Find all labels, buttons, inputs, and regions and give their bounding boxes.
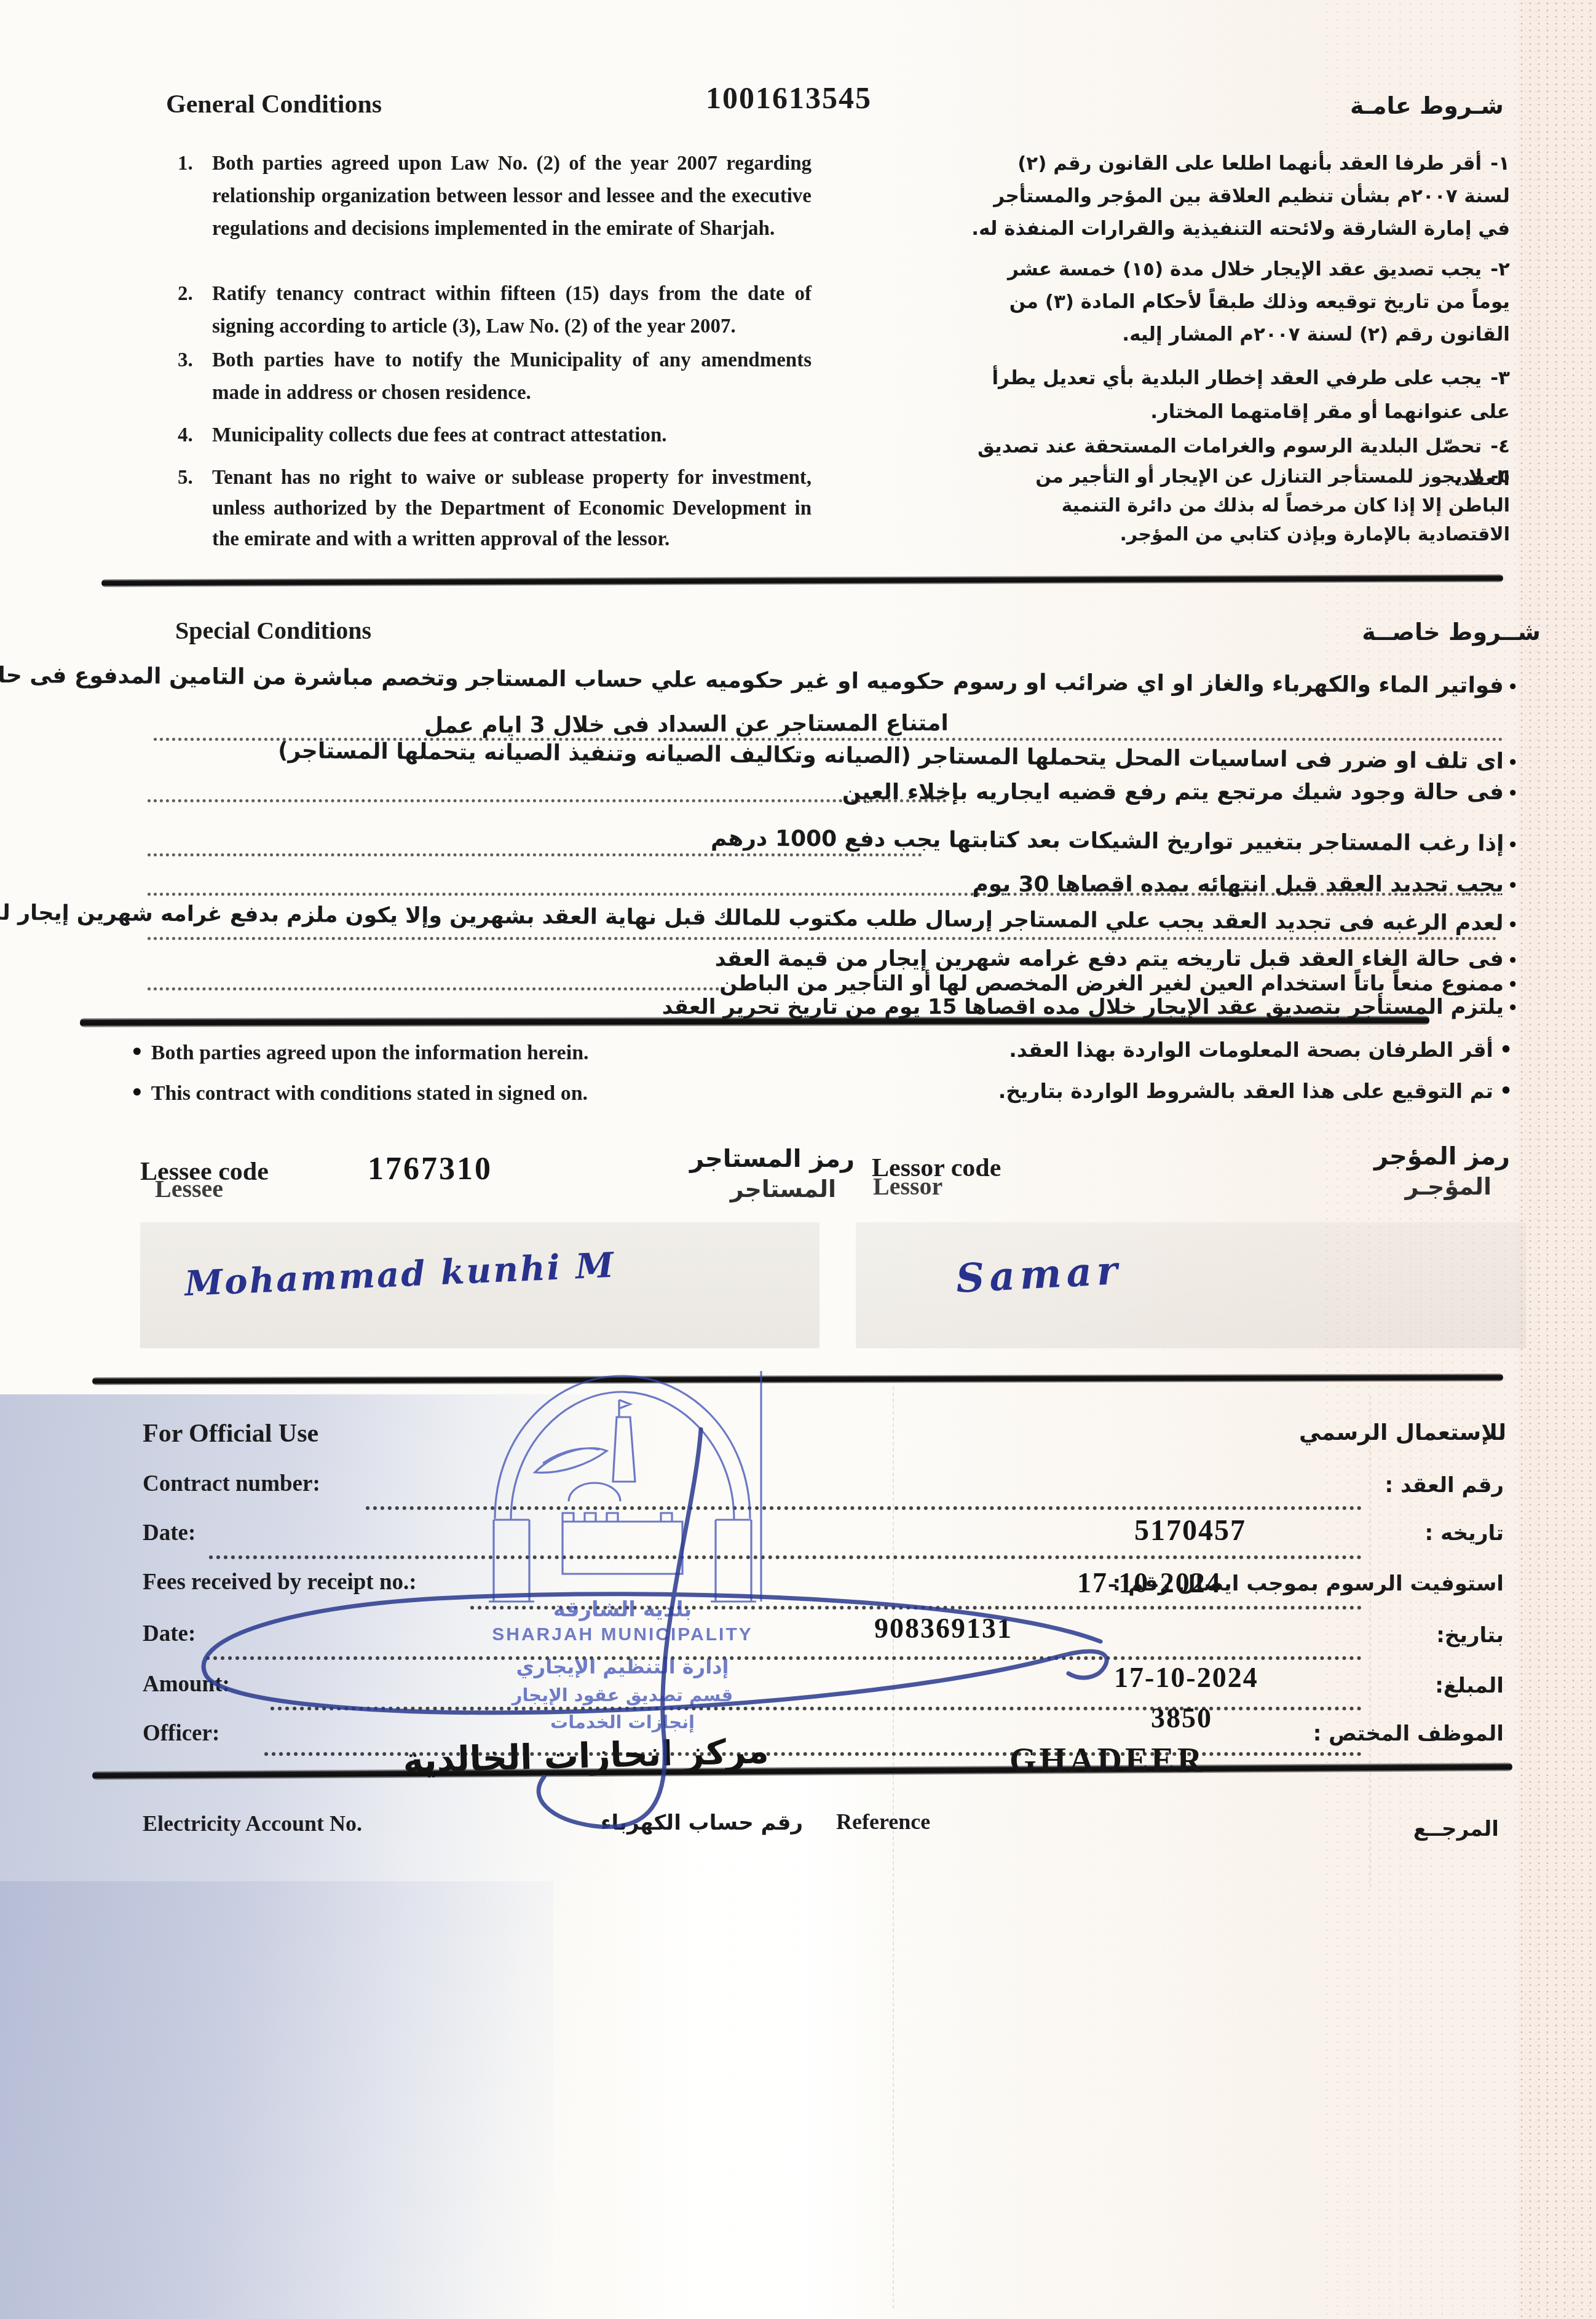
contract-number-label-ar: رقم العقد : [1385, 1473, 1504, 1498]
bullet-marker: • [1507, 973, 1519, 996]
item-text: Municipality collects due fees at contra… [212, 424, 667, 446]
item-number: 5. [178, 462, 193, 493]
agreement-text: Both parties agreed upon the information… [151, 1041, 589, 1064]
dotted-leader [148, 987, 725, 990]
agreement-ar-2: •تم التوقيع على هذا العقد بالشروط الوارد… [998, 1079, 1512, 1103]
item-number: 2. [178, 278, 193, 310]
dotted-leader [148, 853, 922, 856]
general-item-en-4: 4.Municipality collects due fees at cont… [212, 419, 812, 452]
oval-tail [539, 1429, 701, 1827]
agreement-en-1: •Both parties agreed upon the informatio… [130, 1040, 589, 1065]
bullet-marker: • [1507, 751, 1519, 774]
item-number: ٥- [1491, 466, 1510, 488]
lessor-signature: Samar [955, 1247, 1123, 1302]
lessee-label-overprint: Lessee [155, 1174, 223, 1203]
special-line-9: ممنوع منعاً باتاً استخدام العين لغير الغ… [719, 971, 1504, 996]
contract-number-header: 1001613545 [706, 80, 872, 116]
dotted-leader [148, 799, 947, 802]
lessor-code-label-ar: رمز المؤجر [1374, 1142, 1510, 1171]
item-number: 4. [178, 419, 193, 452]
date-label-1-ar: تاريخه : [1425, 1521, 1504, 1546]
agreement-text: أقر الطرفان بصحة المعلومات الواردة بهذا … [1009, 1038, 1493, 1062]
date-label-2-ar: بتاريخ: [1436, 1623, 1504, 1648]
agreement-text: This contract with conditions stated in … [151, 1082, 588, 1105]
item-number: ٤- [1490, 435, 1510, 457]
reference-label-ar: المرجــع [1413, 1817, 1499, 1841]
item-number: 1. [178, 148, 193, 180]
general-item-ar-5: ٥-لا يجوز للمستأجر التنازل عن الإيجار أو… [969, 462, 1510, 549]
bullet-marker: • [1507, 874, 1519, 897]
lessee-label-ar-overprint: المستاجر [730, 1175, 836, 1203]
bullet-marker: • [1507, 949, 1519, 972]
bullet-marker: • [1507, 833, 1519, 856]
bullet-marker: • [1507, 913, 1519, 936]
lessor-label-overprint: Lessor [873, 1172, 942, 1201]
special-line-2: امتناع المستاجر عن السداد فى خلال 3 ايام… [424, 711, 949, 738]
official-use-title-ar: للإستعمال الرسمي [1299, 1420, 1506, 1445]
item-number: ٣- [1490, 367, 1510, 389]
scan-shadow-deep [0, 1881, 553, 2319]
general-item-en-3: 3.Both parties have to notify the Munici… [212, 344, 812, 409]
item-text: يجب تصديق عقد الإيجار خلال مدة (١٥) خمسة… [1008, 258, 1510, 346]
scan-speckle-edge [1517, 0, 1596, 2319]
general-conditions-title-en: General Conditions [166, 90, 382, 119]
agreement-text: تم التوقيع على هذا العقد بالشروط الواردة… [998, 1079, 1493, 1103]
special-line-8: فى حالة الغاء العقد قبل تاريخه يتم دفع غ… [715, 947, 1504, 971]
general-item-en-2: 2.Ratify tenancy contract within fifteen… [212, 278, 812, 343]
officer-label-ar: الموظف المختص : [1313, 1721, 1504, 1746]
item-number: ١- [1490, 152, 1510, 175]
scan-fold-line-2 [1370, 1396, 1371, 1887]
item-text: Tenant has no right to waive or sublease… [212, 467, 812, 550]
general-conditions-title-ar: شـروط عامـة [1350, 92, 1504, 119]
agreement-en-2: •This contract with conditions stated in… [130, 1081, 588, 1105]
bullet-marker: • [1507, 675, 1519, 698]
item-text: لا يجوز للمستأجر التنازل عن الإيجار أو ا… [1035, 466, 1510, 545]
bullet-marker: • [1499, 1079, 1512, 1103]
item-text: Ratify tenancy contract within fifteen (… [212, 283, 812, 338]
special-conditions-title-en: Special Conditions [175, 616, 371, 645]
item-text: Both parties agreed upon Law No. (2) of … [212, 152, 812, 240]
officer-oval-signature [80, 1396, 1162, 1894]
bullet-marker: • [130, 1040, 144, 1065]
special-line-4: فى حالة وجود شيك مرتجع يتم رفع قضيه ايجا… [842, 780, 1504, 805]
special-conditions-title-ar: شــروط خاصــة [1362, 618, 1541, 646]
general-item-en-5: 5.Tenant has no right to waive or sublea… [212, 462, 812, 555]
item-number: ٢- [1490, 258, 1510, 280]
item-text: Both parties have to notify the Municipa… [212, 349, 812, 404]
special-line-6: يجب تجديد العقد قبل انتهائه بمده اقصاها … [972, 872, 1504, 897]
item-text: يجب على طرفي العقد إخطار البلدية بأي تعد… [992, 367, 1510, 423]
lessee-code-value: 1767310 [368, 1151, 492, 1187]
bullet-marker: • [1507, 996, 1519, 1019]
bullet-marker: • [1507, 781, 1519, 805]
bullet-marker: • [130, 1081, 144, 1105]
item-text: أقر طرفا العقد بأنهما اطلعا على القانون … [971, 152, 1510, 240]
oval-loop [203, 1594, 1107, 1713]
general-item-ar-3: ٣-يجب على طرفي العقد إخطار البلدية بأي ت… [969, 361, 1510, 429]
lessor-label-ar-overprint: المؤجـر [1405, 1173, 1491, 1200]
general-item-ar-1: ١-أقر طرفا العقد بأنهما اطلعا على القانو… [969, 148, 1510, 245]
scanned-tenancy-contract: General Conditions 1001613545 شـروط عامـ… [0, 0, 1596, 2319]
item-number: 3. [178, 344, 193, 377]
bullet-marker: • [1499, 1038, 1512, 1062]
amount-label-ar: المبلغ: [1435, 1673, 1504, 1698]
lessee-code-label-ar: رمز المستاجر [690, 1145, 855, 1173]
general-item-en-1: 1.Both parties agreed upon Law No. (2) o… [212, 148, 812, 245]
agreement-ar-1: •أقر الطرفان بصحة المعلومات الواردة بهذا… [1009, 1038, 1512, 1062]
dotted-leader [148, 937, 1497, 940]
general-item-ar-2: ٢-يجب تصديق عقد الإيجار خلال مدة (١٥) خم… [969, 253, 1510, 351]
